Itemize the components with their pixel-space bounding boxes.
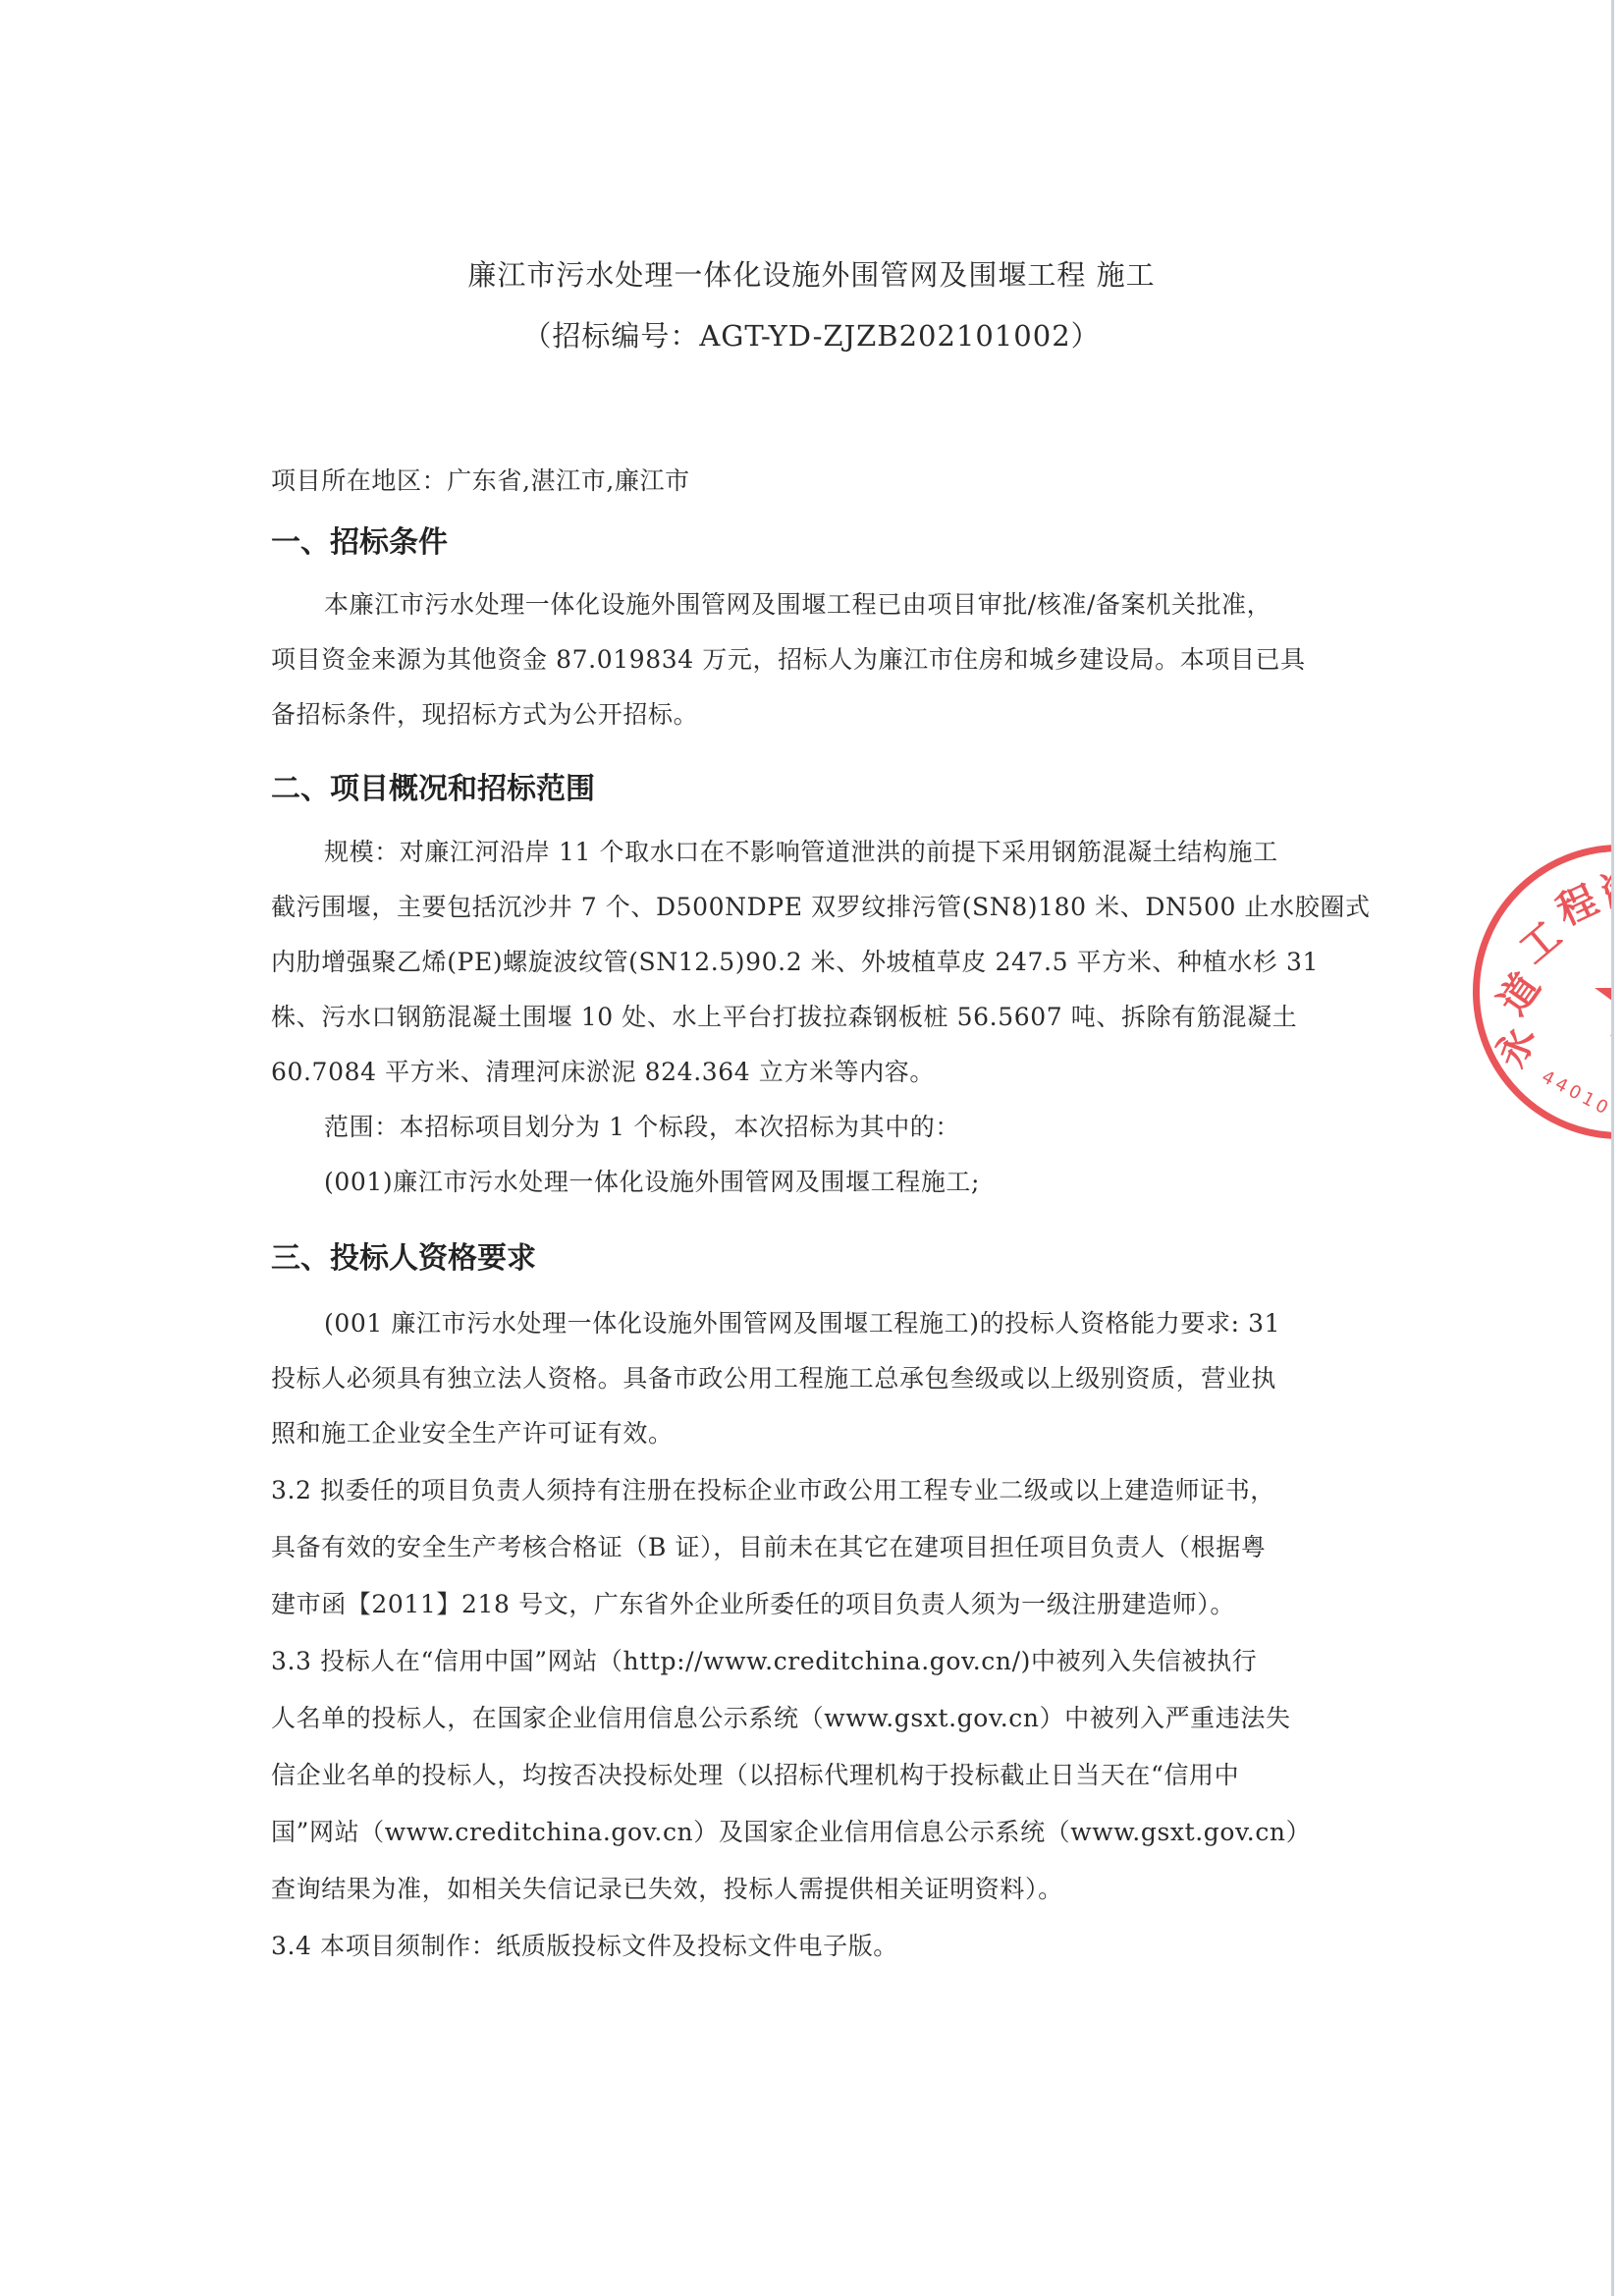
scan-edge-line [1611, 0, 1614, 2296]
tender-number: （招标编号：AGT-YD-ZJZB202101002） [0, 314, 1611, 355]
paragraph-line: 3.2 拟委任的项目负责人须持有注册在投标企业市政公用工程专业二级或以上建造师证… [271, 1471, 1275, 1506]
paragraph-line: 备招标条件，现招标方式为公开招标。 [271, 695, 698, 731]
project-region: 项目所在地区：广东省,湛江市,廉江市 [271, 462, 690, 497]
paragraph-line: 国”网站（www.creditchina.gov.cn）及国家企业信用信息公示系… [271, 1813, 1311, 1848]
page: 廉江市污水处理一体化设施外围管网及围堰工程 施工 （招标编号：AGT-YD-ZJ… [0, 0, 1611, 2296]
seal-char: 永 [1480, 1018, 1545, 1074]
section-heading-1: 一、招标条件 [271, 518, 448, 561]
paragraph-line: 截污围堰，主要包括沉沙井 7 个、D500NDPE 双罗纹排污管(SN8)180… [271, 888, 1371, 923]
document-title: 廉江市污水处理一体化设施外围管网及围堰工程 施工 [0, 253, 1611, 294]
seal-star-icon: ★ [1588, 945, 1611, 1053]
paragraph-line: 投标人必须具有独立法人资格。具备市政公用工程施工总承包叁级或以上级别资质，营业执 [271, 1359, 1276, 1394]
paragraph-line: 人名单的投标人，在国家企业信用信息公示系统（www.gsxt.gov.cn）中被… [271, 1699, 1291, 1734]
paragraph-line: 具备有效的安全生产考核合格证（B 证），目前未在其它在建项目担任项目负责人（根据… [271, 1528, 1266, 1563]
paragraph-line: 建市函【2011】218 号文，广东省外企业所委任的项目负责人须为一级注册建造师… [271, 1585, 1235, 1620]
paragraph-line: 3.4 本项目须制作：纸质版投标文件及投标文件电子版。 [271, 1927, 898, 1962]
paragraph-line: 60.7084 平方米、清理河床淤泥 824.364 立方米等内容。 [271, 1053, 935, 1088]
paragraph-line: 规模：对廉江河沿岸 11 个取水口在不影响管道泄洪的前提下采用钢筋混凝土结构施工 [324, 833, 1278, 868]
paragraph-line: 查询结果为准，如相关失信记录已失效，投标人需提供相关证明资料）。 [271, 1870, 1063, 1905]
section-heading-3: 三、投标人资格要求 [271, 1233, 536, 1277]
paragraph-line: 项目资金来源为其他资金 87.019834 万元，招标人为廉江市住房和城乡建设局… [271, 640, 1306, 676]
paragraph-line: (001 廉江市污水处理一体化设施外围管网及围堰工程施工)的投标人资格能力要求:… [324, 1304, 1280, 1339]
seal-char: 程 [1546, 869, 1605, 937]
paragraph-line: 信企业名单的投标人，均按否决投标处理（以招标代理机构于投标截止日当天在“信用中 [271, 1756, 1239, 1791]
paragraph-line: 内肋增强聚乙烯(PE)螺旋波纹管(SN12.5)90.2 米、外坡植草皮 247… [271, 943, 1319, 978]
paragraph-line: (001)廉江市污水处理一体化设施外围管网及围堰工程施工; [324, 1163, 980, 1198]
paragraph-line: 范围：本招标项目划分为 1 个标段，本次招标为其中的： [324, 1108, 960, 1143]
paragraph-line: 照和施工企业安全生产许可证有效。 [271, 1414, 674, 1449]
company-seal-stamp: ★ 永 道 工 程 咨 44010 [1473, 845, 1611, 1139]
paragraph-line: 株、污水口钢筋混凝土围堰 10 处、水上平台打拔拉森钢板桩 56.5607 吨、… [271, 998, 1297, 1033]
seal-code: 44010 [1539, 1066, 1611, 1121]
section-heading-2: 二、项目概况和招标范围 [271, 764, 595, 807]
paragraph-line: 3.3 投标人在“信用中国”网站（http://www.creditchina.… [271, 1642, 1257, 1677]
paragraph-line: 本廉江市污水处理一体化设施外围管网及围堰工程已由项目审批/核准/备案机关批准， [324, 585, 1271, 621]
